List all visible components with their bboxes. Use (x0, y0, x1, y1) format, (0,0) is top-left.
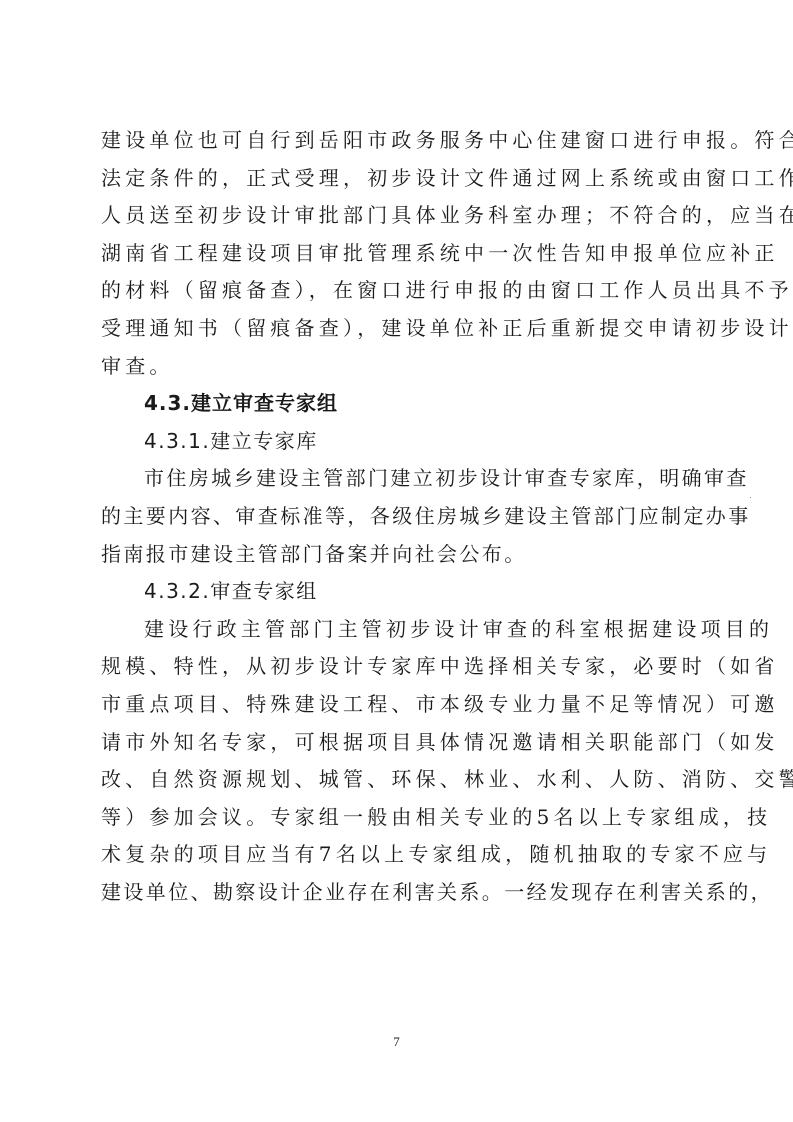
text-line: 建设单位、勘察设计企业存在利害关系。一经发现存在利害关系的， (101, 874, 693, 912)
text-line: 的主要内容、审查标准等，各级住房城乡建设主管部门应制定办事 (101, 498, 693, 536)
text-line: 市重点项目、特殊建设工程、市本级专业力量不足等情况）可邀 (101, 686, 693, 724)
text-line: 请市外知名专家，可根据项目具体情况邀请相关职能部门（如发 (101, 724, 693, 762)
text-line: 审查。 (101, 348, 693, 386)
text-line: 指南报市建设主管部门备案并向社会公布。 (101, 536, 693, 574)
text-line: 规模、特性，从初步设计专家库中选择相关专家，必要时（如省 (101, 648, 693, 686)
text-line: 术复杂的项目应当有7名以上专家组成，随机抽取的专家不应与 (101, 836, 693, 874)
text-line: 等）参加会议。专家组一般由相关专业的5名以上专家组成，技 (101, 799, 693, 837)
scan-speck (750, 497, 751, 498)
text-line: 人员送至初步设计审批部门具体业务科室办理；不符合的，应当在 (101, 197, 693, 235)
document-page: 建设单位也可自行到岳阳市政务服务中心住建窗口进行申报。符合 法定条件的，正式受理… (0, 0, 793, 1122)
subsection-heading-4-3-2: 4.3.2.审查专家组 (101, 573, 693, 611)
text-line: 建设行政主管部门主管初步设计审查的科室根据建设项目的 (101, 611, 693, 649)
text-line: 建设单位也可自行到岳阳市政务服务中心住建窗口进行申报。符合 (101, 122, 693, 160)
section-heading-4-3: 4.3.建立审查专家组 (101, 385, 693, 423)
page-body: 建设单位也可自行到岳阳市政务服务中心住建窗口进行申报。符合 法定条件的，正式受理… (101, 122, 693, 911)
text-line: 法定条件的，正式受理，初步设计文件通过网上系统或由窗口工作 (101, 160, 693, 198)
paragraph-expert-group: 建设行政主管部门主管初步设计审查的科室根据建设项目的 规模、特性，从初步设计专家… (101, 611, 693, 912)
text-line: 湖南省工程建设项目审批管理系统中一次性告知申报单位应补正 (101, 235, 693, 273)
text-line: 受理通知书（留痕备查），建设单位补正后重新提交申请初步设计 (101, 310, 693, 348)
text-line: 改、自然资源规划、城管、环保、林业、水利、人防、消防、交警 (101, 761, 693, 799)
paragraph-expert-library: 市住房城乡建设主管部门建立初步设计审查专家库，明确审查 的主要内容、审查标准等，… (101, 460, 693, 573)
page-number: 7 (0, 1034, 793, 1050)
paragraph-submission: 建设单位也可自行到岳阳市政务服务中心住建窗口进行申报。符合 法定条件的，正式受理… (101, 122, 693, 385)
subsection-heading-4-3-1: 4.3.1.建立专家库 (101, 423, 693, 461)
scan-speck (711, 518, 713, 520)
text-line: 的材料（留痕备查），在窗口进行申报的由窗口工作人员出具不予 (101, 272, 693, 310)
text-line: 市住房城乡建设主管部门建立初步设计审查专家库，明确审查 (101, 460, 693, 498)
